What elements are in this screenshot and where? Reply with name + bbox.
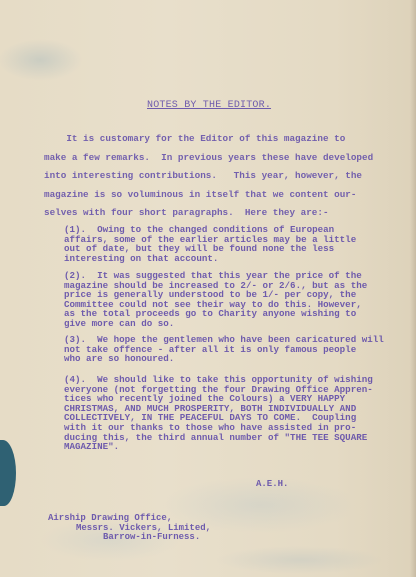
intro-paragraph: It is customary for the Editor of this m… — [44, 130, 384, 223]
paragraph-line: MAGAZINE". — [64, 442, 404, 452]
paragraph-3: (3). We hope the gentlemen who have been… — [64, 335, 404, 364]
paragraph-2: (2). It was suggested that this year the… — [64, 271, 404, 329]
paragraph-1: (1). Owing to the changed conditions of … — [64, 225, 404, 263]
intro-line: It is customary for the Editor of this m… — [44, 130, 384, 149]
paragraph-line: who are so honoured. — [64, 354, 404, 364]
address-line: Barrow-in-Furness. — [48, 533, 211, 543]
intro-line: magazine is so voluminous in itself that… — [44, 186, 384, 205]
paragraph-4: (4). We should like to take this opportu… — [64, 375, 404, 452]
intro-line: selves with four short paragraphs. Here … — [44, 204, 384, 223]
paragraph-line: give more can do so. — [64, 319, 404, 329]
document-title: NOTES BY THE EDITOR. — [147, 100, 271, 111]
address-block: Airship Drawing Office, Messrs. Vickers,… — [48, 514, 211, 543]
intro-line: into interesting contributions. This yea… — [44, 167, 384, 186]
paragraph-line: interesting on that account. — [64, 254, 404, 264]
intro-line: make a few remarks. In previous years th… — [44, 149, 384, 168]
paper-edge-shadow — [410, 0, 416, 577]
signature: A.E.H. — [256, 479, 288, 489]
